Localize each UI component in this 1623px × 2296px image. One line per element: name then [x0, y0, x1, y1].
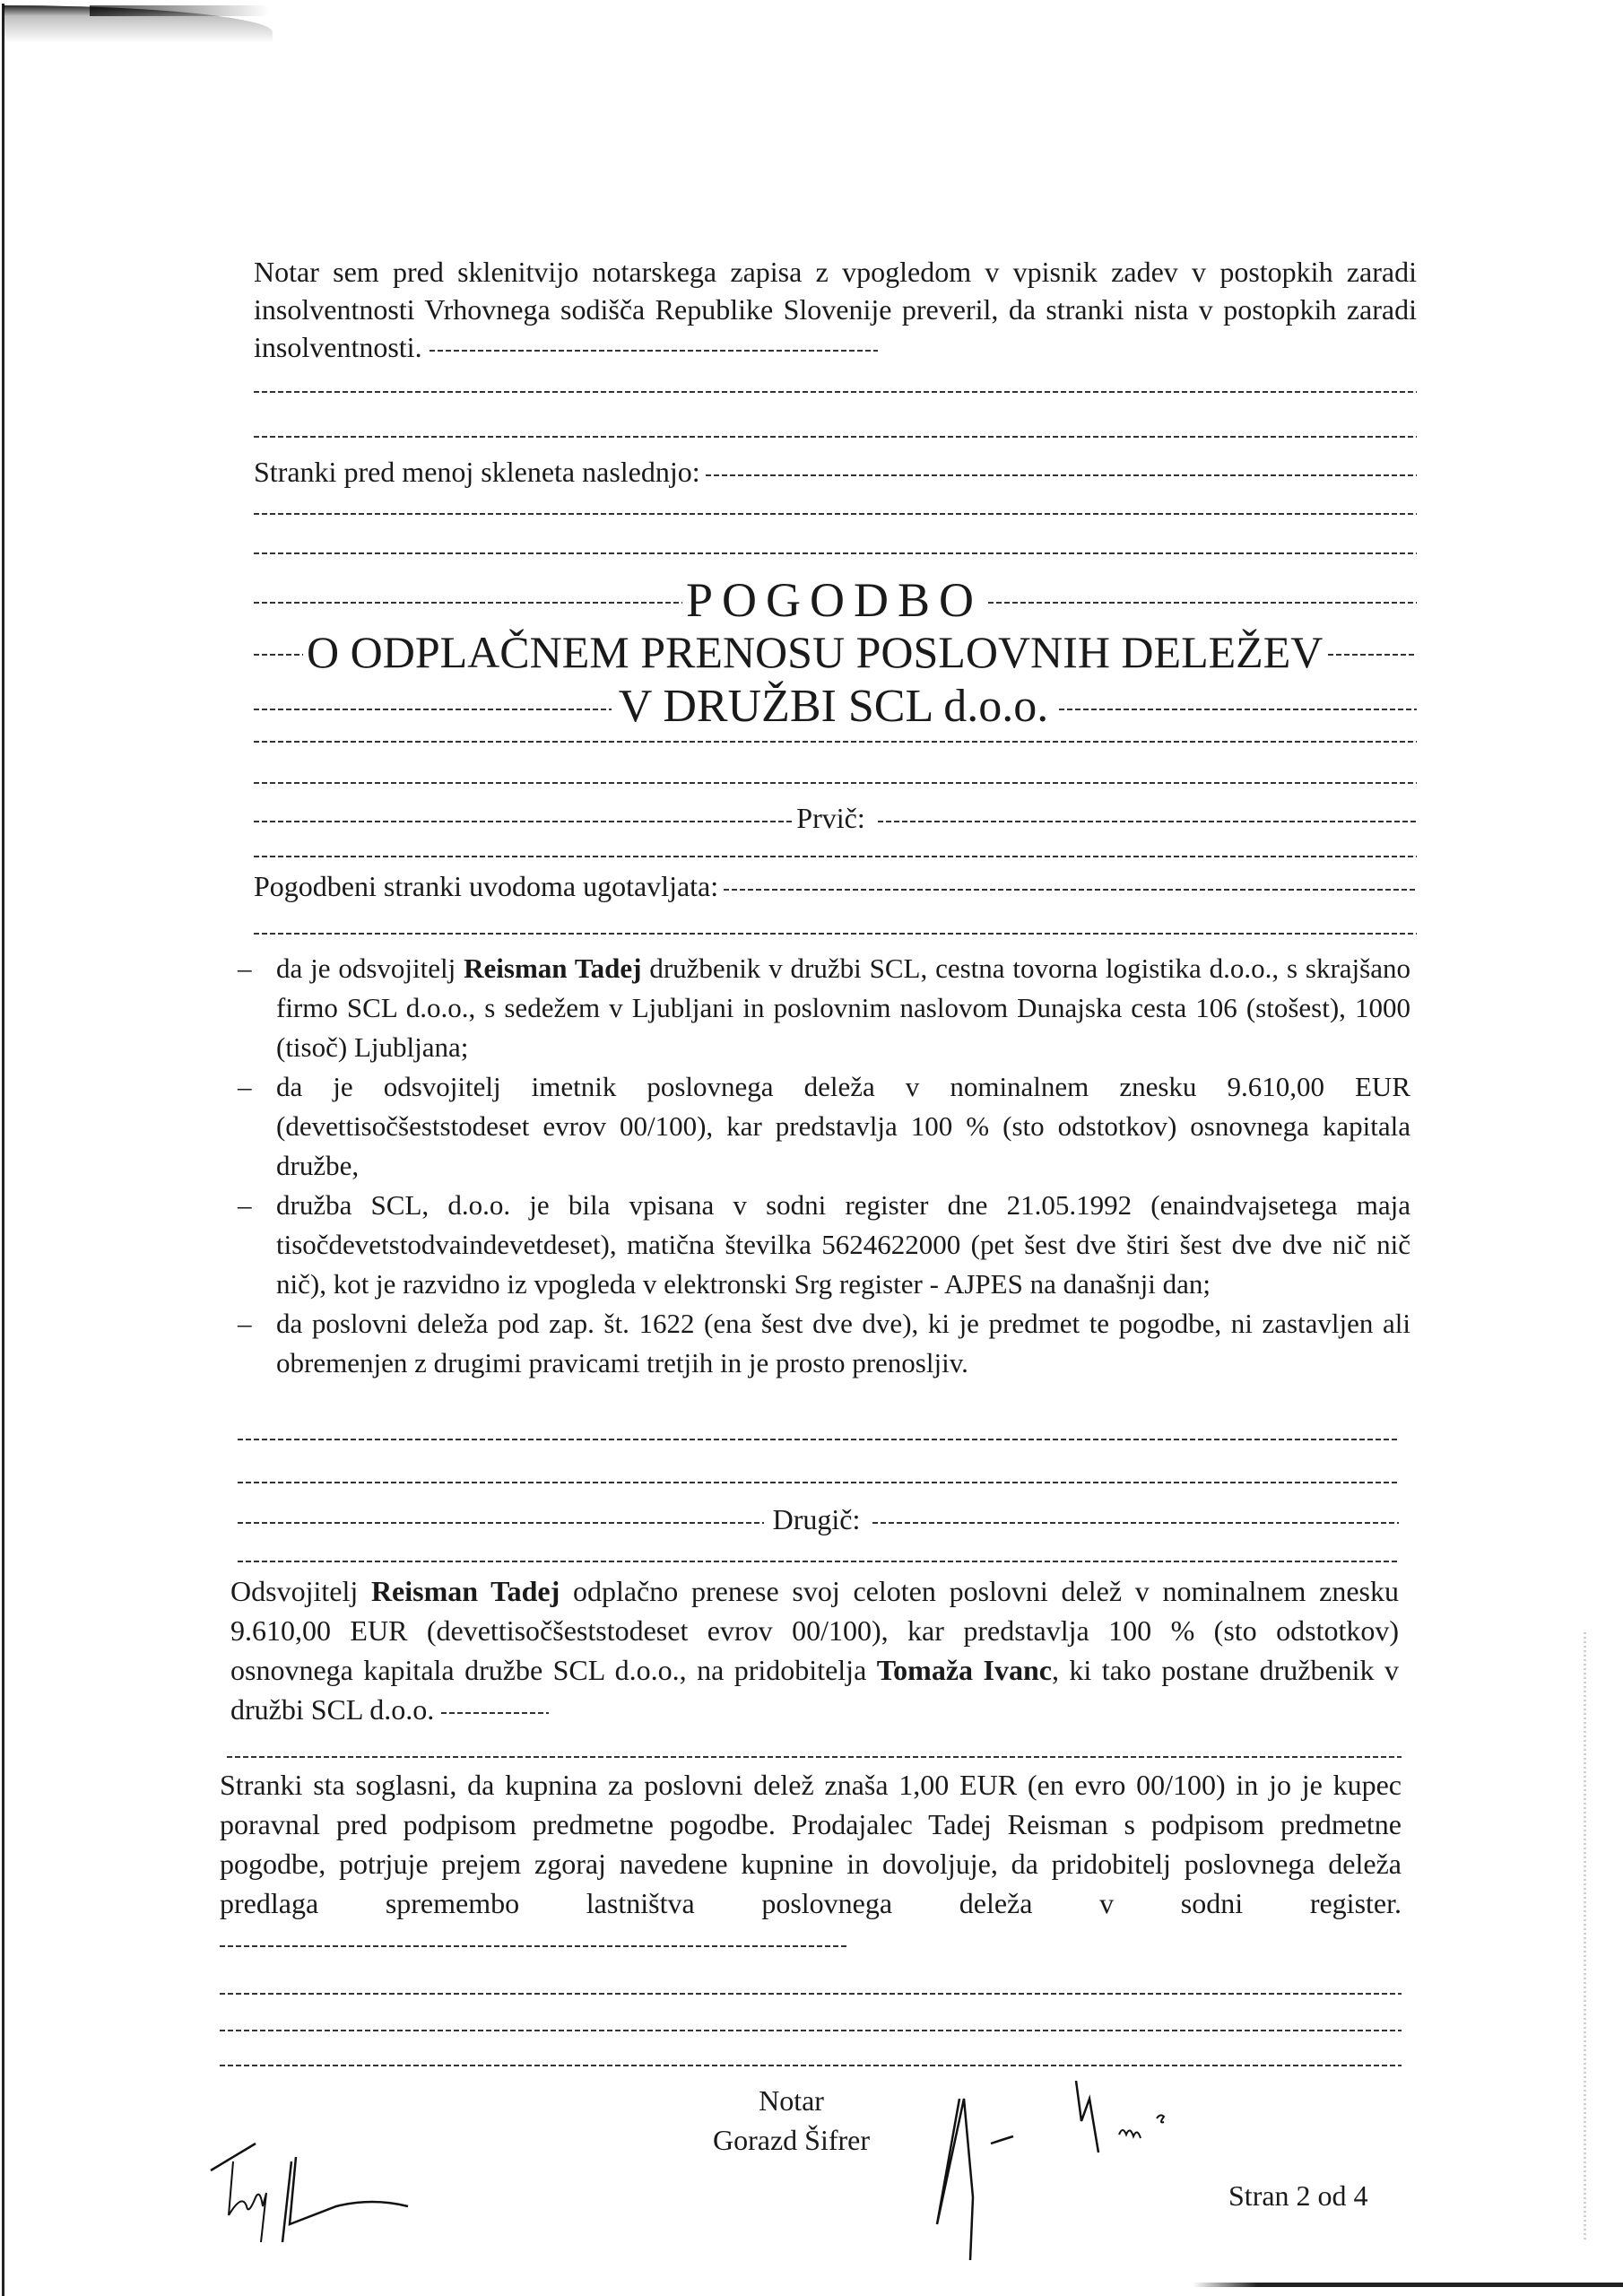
intro-paragraph: Notar sem pred sklenitvijo notarskega za… — [254, 253, 1417, 366]
dash-line — [220, 1993, 1402, 1995]
scan-speckle — [1584, 1632, 1586, 2242]
scan-edge — [2, 4, 4, 2296]
dash-line — [254, 552, 1417, 554]
dash-line — [254, 782, 1417, 784]
lead-text: Pogodbeni stranki uvodoma ugotavljata: — [254, 870, 718, 903]
title-line-3: V DRUŽBI SCL d.o.o. — [254, 680, 1417, 733]
section1-lead: Pogodbeni stranki uvodoma ugotavljata: — [254, 870, 1417, 903]
contract-company: V DRUŽBI SCL d.o.o. — [619, 680, 1049, 733]
scan-edge-bottom — [1193, 2283, 1623, 2287]
dash-line — [238, 1482, 1399, 1483]
bullet-item: –da je odsvojitelj imetnik poslovnega de… — [236, 1067, 1410, 1186]
dash-filler — [878, 821, 1417, 822]
dash-filler — [430, 350, 878, 352]
dash-line — [254, 391, 1417, 393]
notary-block: Notar Gorazd Šifrer — [713, 2081, 870, 2160]
scan-shadow — [90, 5, 269, 16]
section1-bullets: –da je odsvojitelj Reisman Tadej družben… — [236, 949, 1410, 1383]
section-prvic-heading: Prvič: — [254, 802, 1417, 835]
seller-signature — [193, 2108, 516, 2260]
dash-filler — [254, 821, 793, 822]
contract-title: POGODBO — [686, 572, 983, 628]
dash-line — [254, 933, 1417, 935]
bullet-item: –da je odsvojitelj Reisman Tadej družben… — [236, 949, 1410, 1067]
section2-para2: Stranki sta soglasni, da kupnina za posl… — [220, 1765, 1402, 1962]
buyer-name: Tomaža Ivanc — [877, 1654, 1052, 1686]
dash-filler — [1059, 709, 1417, 710]
section-drugic-heading: Drugič: — [238, 1503, 1399, 1536]
seller-name: Reisman Tadej — [371, 1575, 560, 1607]
section-heading: Drugič: — [773, 1503, 861, 1536]
dash-filler — [706, 474, 1417, 476]
party-name: Reisman Tadej — [464, 952, 641, 984]
dash-line — [254, 856, 1417, 857]
dash-line — [238, 1561, 1399, 1562]
dash-filler — [1328, 654, 1417, 656]
page-number: Stran 2 od 4 — [1228, 2179, 1368, 2213]
dash-filler — [254, 602, 682, 604]
dash-filler — [254, 709, 612, 710]
dash-line — [238, 1439, 1399, 1440]
bullet-item: –družba SCL, d.o.o. je bila vpisana v so… — [236, 1186, 1410, 1304]
dash-filler — [441, 1712, 549, 1714]
dash-filler — [220, 1945, 847, 1947]
notary-name: Gorazd Šifrer — [713, 2120, 870, 2160]
title-line-1: POGODBO — [254, 572, 1417, 628]
title-line-2: O ODPLAČNEM PRENOSU POSLOVNIH DELEŽEV — [254, 626, 1417, 678]
dash-filler — [724, 889, 1417, 891]
dash-line — [254, 741, 1417, 743]
dash-line — [220, 2030, 1402, 2031]
section-heading: Prvič: — [796, 802, 864, 835]
parties-statement: Stranki pred menoj skleneta naslednjo: — [254, 456, 1417, 489]
notary-label: Notar — [713, 2081, 870, 2120]
dash-filler — [238, 1522, 764, 1524]
dash-line — [227, 1756, 1402, 1758]
bullet-item: –da poslovni deleža pod zap. št. 1622 (e… — [236, 1304, 1410, 1383]
dash-line — [220, 2065, 1402, 2066]
intro-text: Notar sem pred sklenitvijo notarskega za… — [254, 256, 1417, 363]
dash-line — [254, 513, 1417, 515]
dash-line — [254, 436, 1417, 438]
contract-subtitle: O ODPLAČNEM PRENOSU POSLOVNIH DELEŽEV — [307, 626, 1323, 678]
dash-filler — [254, 654, 303, 656]
notary-signature — [915, 2081, 1291, 2260]
section2-para1: Odsvojitelj Reisman Tadej odplačno prene… — [230, 1571, 1399, 1729]
document-page: Notar sem pred sklenitvijo notarskega za… — [0, 0, 1623, 2296]
parties-text: Stranki pred menoj skleneta naslednjo: — [254, 456, 700, 489]
dash-filler — [872, 1522, 1399, 1524]
dash-filler — [988, 602, 1417, 604]
